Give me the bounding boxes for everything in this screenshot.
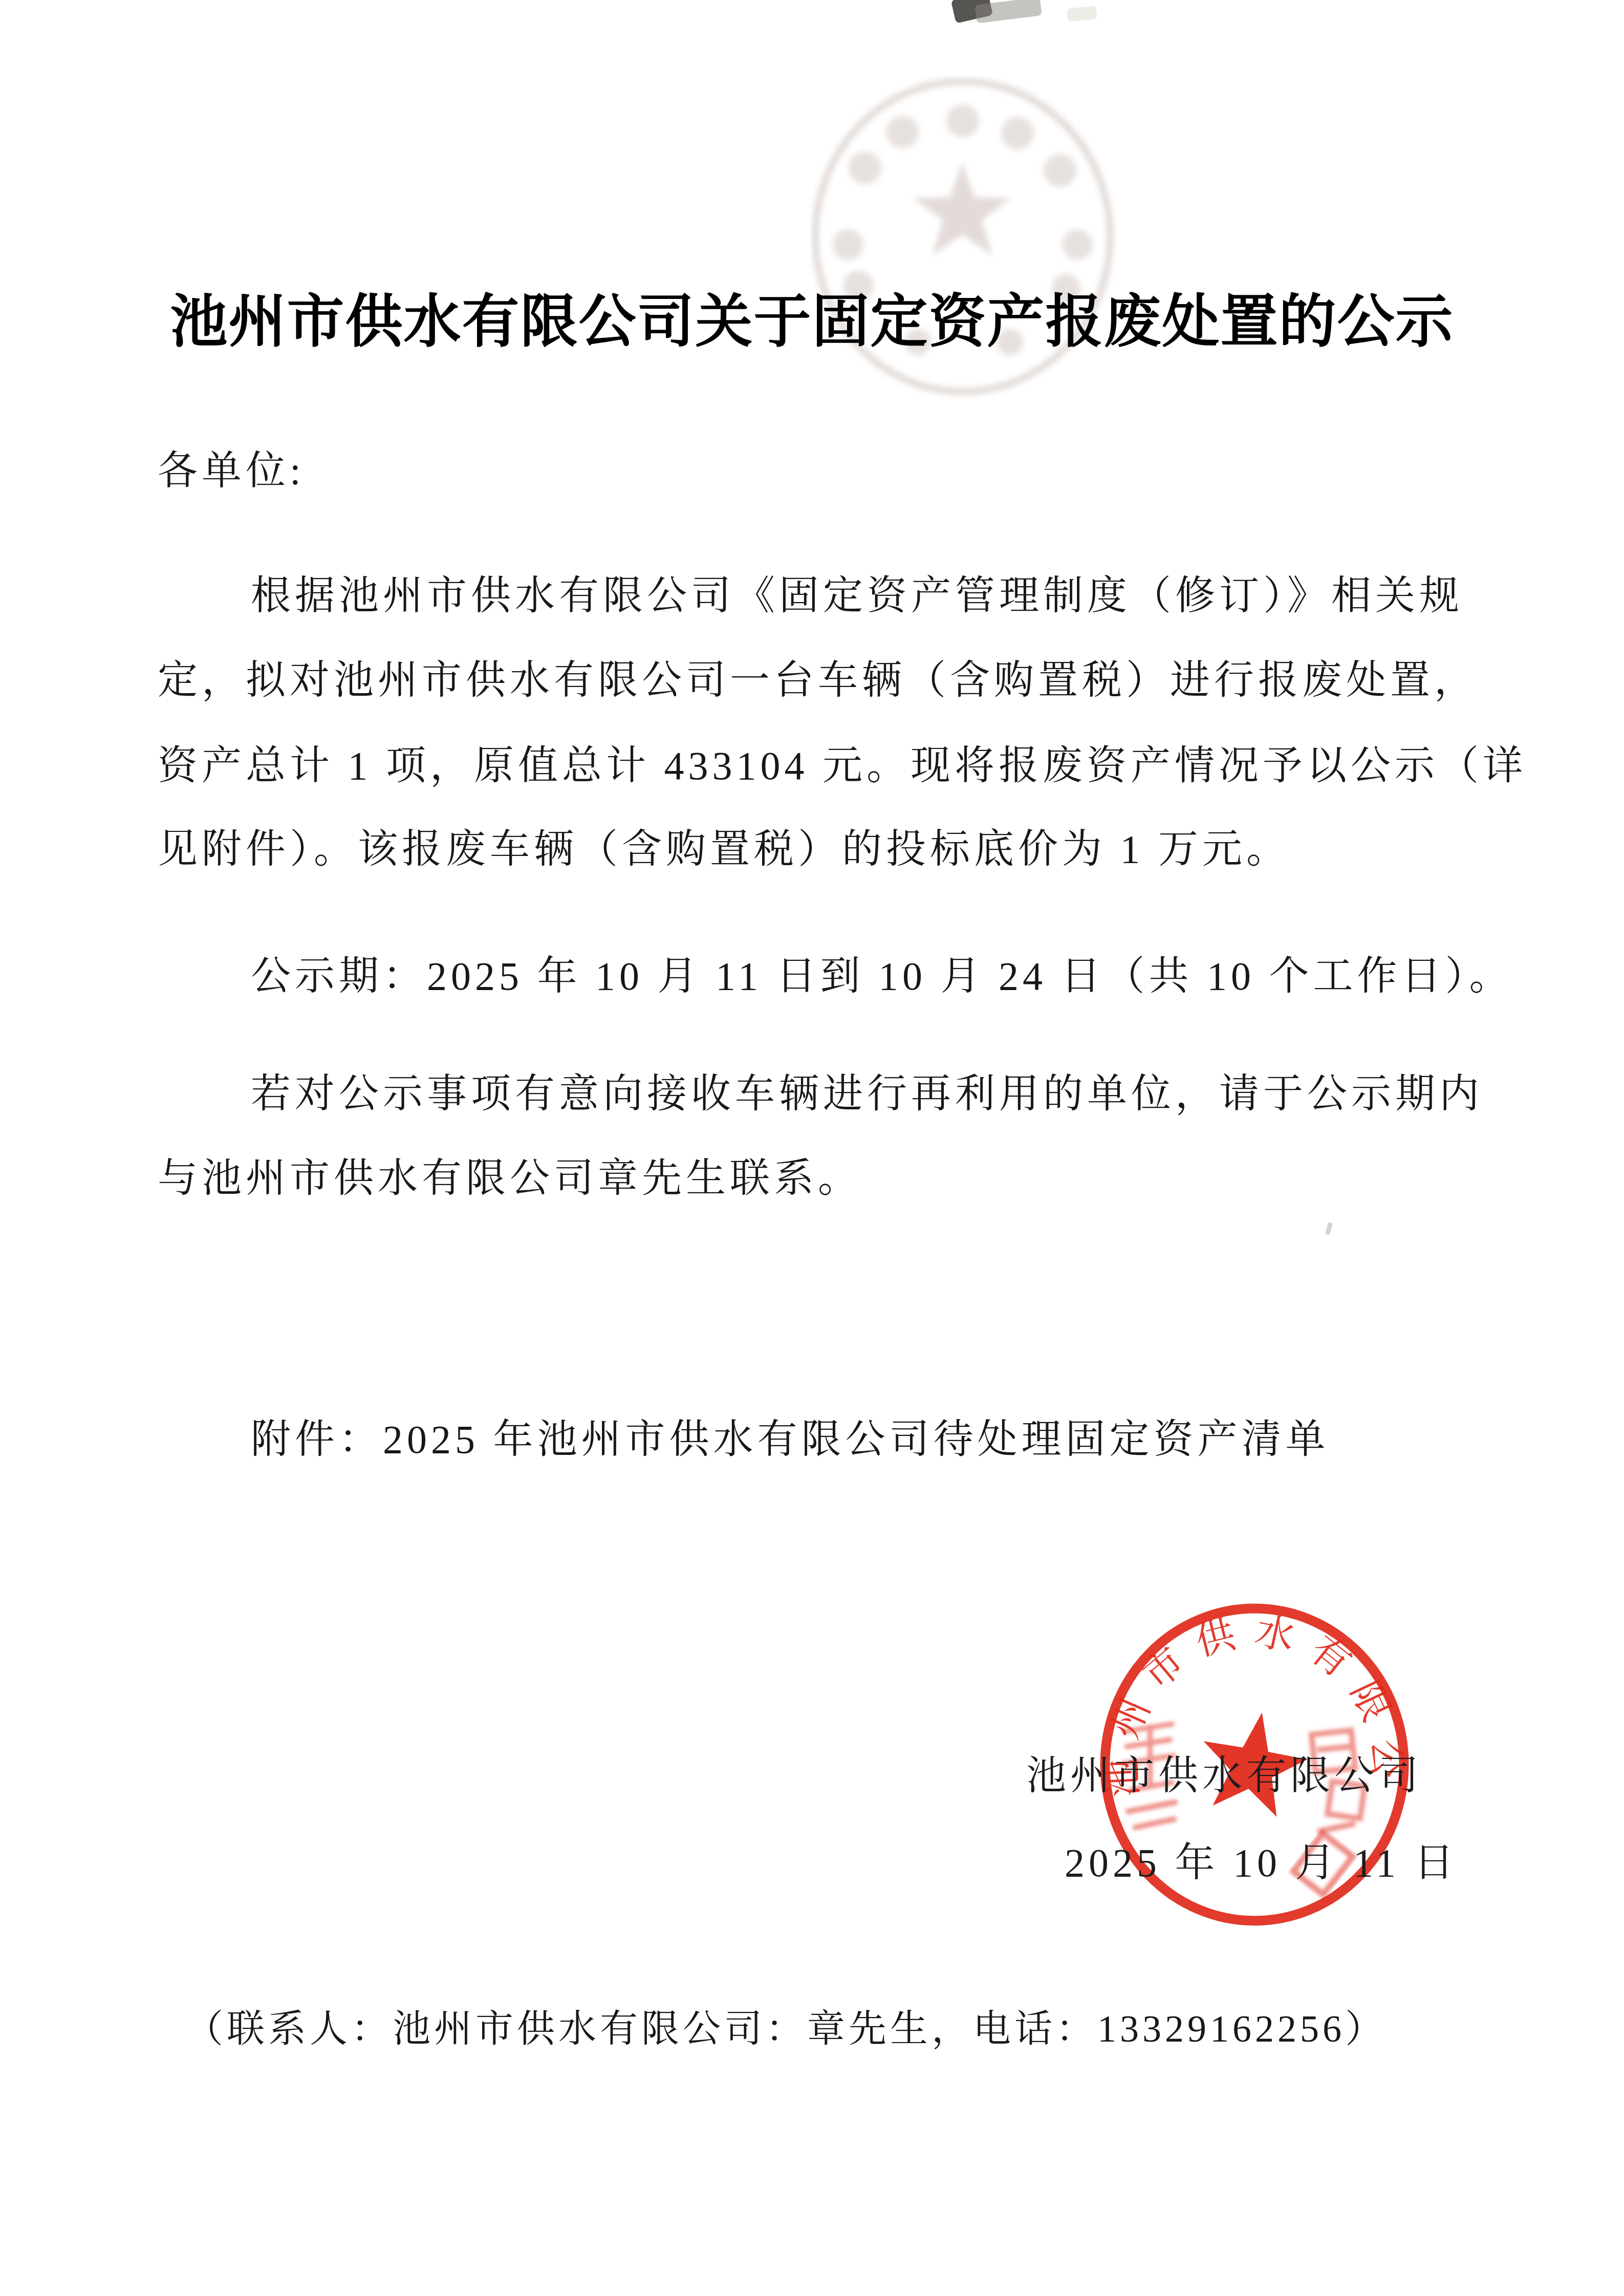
publicity-period-line: 公示期：2025 年 10 月 11 日到 10 月 24 日（共 10 个工作… [251, 952, 1513, 1001]
scanned-announcement-page: 池州市供水有限公司 池州市供水有限公司关于固定资产报废处置的公示 各单位: 根据… [0, 0, 1624, 2296]
paragraph3-line2: 与池州市供水有限公司章先生联系。 [158, 1154, 862, 1203]
paragraph1-line4: 见附件）。该报废车辆（含购置税）的投标底价为 1 万元。 [158, 825, 1290, 874]
paragraph3-line1: 若对公示事项有意向接收车辆进行再利用的单位，请于公示期内 [251, 1069, 1483, 1119]
signature-date: 2025 年 10 月 11 日 [1065, 1838, 1458, 1887]
paragraph1-line3: 资产总计 1 项，原值总计 433104 元。现将报废资产情况予以公示（详 [158, 741, 1527, 790]
paragraph1-line1: 根据池州市供水有限公司《固定资产管理制度（修订）》相关规 [251, 571, 1463, 620]
attachment-line: 附件：2025 年池州市供水有限公司待处理固定资产清单 [251, 1415, 1330, 1464]
greeting-line: 各单位: [158, 446, 305, 496]
document-title: 池州市供水有限公司关于固定资产报废处置的公示 [0, 287, 1624, 358]
contact-line: （联系人：池州市供水有限公司：章先生，电话：13329162256） [185, 2005, 1387, 2054]
paragraph1-line2: 定，拟对池州市供水有限公司一台车辆（含购置税）进行报废处置， [158, 656, 1478, 705]
document-text-layer: 池州市供水有限公司关于固定资产报废处置的公示 各单位: 根据池州市供水有限公司《… [0, 0, 1624, 2296]
signature-company: 池州市供水有限公司 [1026, 1751, 1422, 1800]
